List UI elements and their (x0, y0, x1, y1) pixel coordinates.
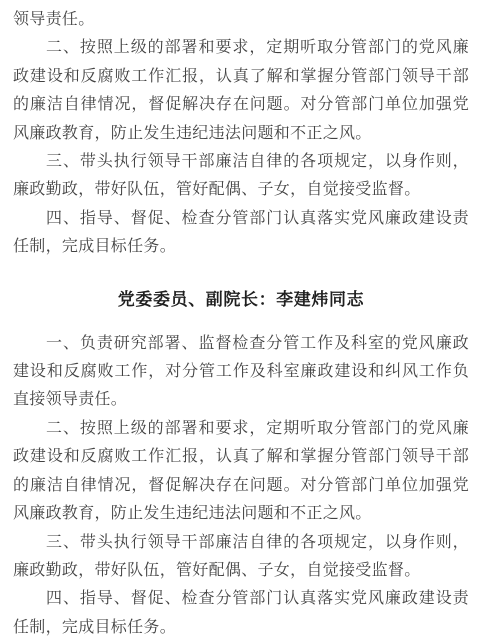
paragraph-item-4: 四、指导、督促、检查分管部门认真落实党风廉政建设责任制，完成目标任务。 (13, 205, 469, 262)
document-page: 领导责任。 二、按照上级的部署和要求，定期听取分管部门的党风廉政建设和反腐败工作… (0, 0, 483, 641)
paragraph-item-2: 二、按照上级的部署和要求，定期听取分管部门的党风廉政建设和反腐败工作汇报，认真了… (13, 34, 469, 148)
section-heading-li-jianwei: 党委委员、副院长：李建炜同志 (13, 286, 469, 314)
paragraph-item-1: 一、负责研究部署、监督检查分管工作及科室的党风廉政建设和反腐败工作，对分管工作及… (13, 330, 469, 415)
paragraph-item-2: 二、按照上级的部署和要求，定期听取分管部门的党风廉政建设和反腐败工作汇报，认真了… (13, 415, 469, 529)
paragraph-item-3: 三、带头执行领导干部廉洁自律的各项规定，以身作则，廉政勤政，带好队伍，管好配偶、… (13, 529, 469, 586)
paragraph-item-4: 四、指导、督促、检查分管部门认真落实党风廉政建设责任制，完成目标任务。 (13, 585, 469, 641)
paragraph-item-3: 三、带头执行领导干部廉洁自律的各项规定，以身作则，廉政勤政，带好队伍，管好配偶、… (13, 148, 469, 205)
paragraph-continuation: 领导责任。 (13, 6, 469, 34)
section-li-jianwei-duties: 一、负责研究部署、监督检查分管工作及科室的党风廉政建设和反腐败工作，对分管工作及… (13, 330, 469, 641)
section-previous-duties: 领导责任。 二、按照上级的部署和要求，定期听取分管部门的党风廉政建设和反腐败工作… (13, 6, 469, 262)
